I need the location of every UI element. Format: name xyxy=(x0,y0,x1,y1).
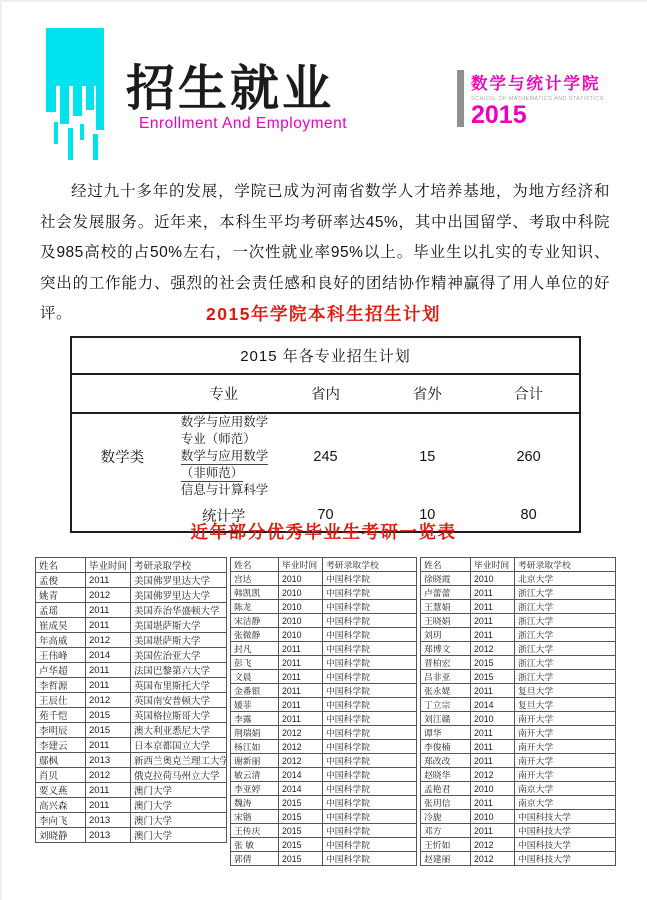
table-row: 王晓娟2011浙江大学 xyxy=(421,614,616,628)
table-cell: 中国科技大学 xyxy=(515,852,616,866)
table-row: 孟瑶2011美国乔治华盛顿大学 xyxy=(36,603,227,618)
table-cell: 韩凯凯 xyxy=(231,586,279,600)
table-cell: 2012 xyxy=(279,726,323,740)
group-label: 数学类 xyxy=(71,413,173,499)
table-cell: 孟瑶 xyxy=(36,603,86,618)
section2-title: 近年部分优秀毕业生考研一览表 xyxy=(0,519,647,544)
table-cell: 中国科学院 xyxy=(323,768,417,782)
table-row: 2015 年各专业招生计划 xyxy=(71,337,580,374)
table-cell: 2011 xyxy=(279,698,323,712)
column-header-total: 合计 xyxy=(478,374,580,413)
table-cell: 浙江大学 xyxy=(515,586,616,600)
table-cell: 2015 xyxy=(279,838,323,852)
table-row: 赵晓华2012南开大学 xyxy=(421,768,616,782)
table-cell: 2012 xyxy=(86,768,131,783)
table-cell: 中国科学院 xyxy=(323,642,417,656)
section1-title: 2015年学院本科生招生计划 xyxy=(0,301,647,326)
table-cell: 封凡 xyxy=(231,642,279,656)
table-cell: 浙江大学 xyxy=(515,642,616,656)
table-cell: 2014 xyxy=(86,648,131,663)
table-cell: 中国科学院 xyxy=(323,838,417,852)
table-cell: 李向飞 xyxy=(36,813,86,828)
table-row: 宋锴2015中国科学院 xyxy=(231,810,417,824)
table-cell: 中国科学院 xyxy=(323,684,417,698)
table-cell: 张 敏 xyxy=(231,838,279,852)
table-row: 孟俊2011美国佛罗里达大学 xyxy=(36,573,227,588)
major-item: 数学与应用数学专业（师范） xyxy=(181,414,275,448)
table-cell: 中国科学院 xyxy=(323,670,417,684)
table-row: 张 敏2015中国科学院 xyxy=(231,838,417,852)
table-cell: 姚青 xyxy=(36,588,86,603)
table-cell: 2011 xyxy=(471,796,515,810)
table-header-row: 姓名毕业时间考研录取学校 xyxy=(421,558,616,572)
table-cell: 复旦大学 xyxy=(515,698,616,712)
table-cell: 新西兰奥克兰理工大学 xyxy=(131,753,227,768)
table-row: 赵建丽2012中国科技大学 xyxy=(421,852,616,866)
table-cell: 2013 xyxy=(86,813,131,828)
table-cell: 杨江如 xyxy=(231,740,279,754)
table-cell: 中国科学院 xyxy=(323,628,417,642)
table-cell: 美国乔治华盛顿大学 xyxy=(131,603,227,618)
table-row: 荆瑞娟2012中国科学院 xyxy=(231,726,417,740)
table-cell: 2012 xyxy=(471,852,515,866)
table-cell: 2011 xyxy=(471,754,515,768)
table-cell: 2010 xyxy=(279,628,323,642)
table-cell: 南京大学 xyxy=(515,796,616,810)
table-cell: 英国格拉斯哥大学 xyxy=(131,708,227,723)
table-row: 丁立宗2014复旦大学 xyxy=(421,698,616,712)
table-cell: 澳门大学 xyxy=(131,828,227,843)
table-cell: 中国科学院 xyxy=(323,586,417,600)
table-row: 谭华2011南开大学 xyxy=(421,726,616,740)
table-cell: 李露 xyxy=(231,712,279,726)
table-cell: 英国南安普顿大学 xyxy=(131,693,227,708)
table-cell: 郭倩 xyxy=(231,852,279,866)
table-cell: 2012 xyxy=(471,642,515,656)
table-cell: 2011 xyxy=(86,678,131,693)
table-cell: 中国科学院 xyxy=(323,572,417,586)
table-cell: 李哲源 xyxy=(36,678,86,693)
table-row: 王忻如2012中国科技大学 xyxy=(421,838,616,852)
table-row: 郑改改2011南开大学 xyxy=(421,754,616,768)
table-cell: 中国科学院 xyxy=(323,782,417,796)
major-list: 数学与应用数学专业（师范） 数学与应用数学（非师范） 信息与计算科学 xyxy=(173,413,275,499)
table-cell: 赵建丽 xyxy=(421,852,471,866)
table-cell: 2011 xyxy=(471,628,515,642)
column-header-major: 专业 xyxy=(173,374,275,413)
table-cell: 中国科技大学 xyxy=(515,810,616,824)
table-row: 刘江赣2010南开大学 xyxy=(421,712,616,726)
table-cell: 宋锴 xyxy=(231,810,279,824)
table-cell: 宫达 xyxy=(231,572,279,586)
table-cell: 2014 xyxy=(279,782,323,796)
table-cell: 2011 xyxy=(471,684,515,698)
table-cell: 2015 xyxy=(471,656,515,670)
table-row: 肖贝2012俄克拉荷马州立大学 xyxy=(36,768,227,783)
table-cell: 文晨 xyxy=(231,670,279,684)
table-cell: 郑改改 xyxy=(421,754,471,768)
table-cell: 澳大利亚悉尼大学 xyxy=(131,723,227,738)
table-cell: 王辰仕 xyxy=(36,693,86,708)
table-cell: 要义燕 xyxy=(36,783,86,798)
table-cell: 南京大学 xyxy=(515,782,616,796)
table-row: 李明辰2015澳大利亚悉尼大学 xyxy=(36,723,227,738)
table-cell: 南开大学 xyxy=(515,754,616,768)
table-cell: 2011 xyxy=(86,798,131,813)
table-cell: 2011 xyxy=(86,663,131,678)
table-cell: 日本京都国立大学 xyxy=(131,738,227,753)
column-header-out-province: 省外 xyxy=(376,374,478,413)
page-title: 招生就业 xyxy=(126,50,334,120)
table-row: 专业 省内 省外 合计 xyxy=(71,374,580,413)
table-cell: 2011 xyxy=(279,712,323,726)
table-row: 晋柏宏2015浙江大学 xyxy=(421,656,616,670)
table-cell: 2012 xyxy=(471,838,515,852)
table-cell: 2010 xyxy=(471,712,515,726)
table-cell: 2011 xyxy=(471,726,515,740)
table-row: 郭倩2015中国科学院 xyxy=(231,852,417,866)
table-row: 李亚婷2014中国科学院 xyxy=(231,782,417,796)
table-row: 李建云2011日本京都国立大学 xyxy=(36,738,227,753)
table-cell: 陈龙 xyxy=(231,600,279,614)
table-row: 王辰仕2012英国南安普顿大学 xyxy=(36,693,227,708)
table-cell: 2015 xyxy=(279,824,323,838)
table-cell: 澳门大学 xyxy=(131,783,227,798)
table-cell: 2013 xyxy=(86,753,131,768)
table-cell: 2013 xyxy=(86,828,131,843)
table-cell: 李明辰 xyxy=(36,723,86,738)
table-cell: 北京大学 xyxy=(515,572,616,586)
table-row: 张微静2010中国科学院 xyxy=(231,628,417,642)
column-header: 毕业时间 xyxy=(86,558,131,573)
table-cell: 2015 xyxy=(279,852,323,866)
table-cell: 郑博文 xyxy=(421,642,471,656)
table-cell: 2011 xyxy=(86,618,131,633)
table-cell: 2015 xyxy=(86,708,131,723)
table-cell: 张玥信 xyxy=(421,796,471,810)
table-row: 李露2011中国科学院 xyxy=(231,712,417,726)
table-cell: 王慧娟 xyxy=(421,600,471,614)
table-cell: 刘玥 xyxy=(421,628,471,642)
table-cell: 高兴森 xyxy=(36,798,86,813)
table-cell: 中国科学院 xyxy=(323,796,417,810)
table-cell: 赵晓华 xyxy=(421,768,471,782)
table-cell: 魏涛 xyxy=(231,796,279,810)
table-row: 王伟峰2014美国佐治亚大学 xyxy=(36,648,227,663)
table-cell: 中国科学院 xyxy=(323,852,417,866)
table-cell: 晋柏宏 xyxy=(421,656,471,670)
table-row: 卢华超2011法国巴黎第六大学 xyxy=(36,663,227,678)
table-cell: 中国科技大学 xyxy=(515,838,616,852)
table-cell: 2010 xyxy=(471,782,515,796)
yearbook-page: 招生就业 Enrollment And Employment 数学与统计学院 S… xyxy=(0,0,647,900)
table-cell: 王晓娟 xyxy=(421,614,471,628)
table-cell: 中国科学院 xyxy=(323,740,417,754)
table-cell: 法国巴黎第六大学 xyxy=(131,663,227,678)
table-cell: 2011 xyxy=(279,656,323,670)
table-row: 郑博文2012浙江大学 xyxy=(421,642,616,656)
table-cell: 2010 xyxy=(279,586,323,600)
table-cell: 15 xyxy=(376,413,478,499)
table-cell: 南开大学 xyxy=(515,712,616,726)
table-cell: 2010 xyxy=(471,810,515,824)
table-cell: 卢华超 xyxy=(36,663,86,678)
table-cell: 崔成昊 xyxy=(36,618,86,633)
table-cell: 2012 xyxy=(86,633,131,648)
table-cell: 刘江赣 xyxy=(421,712,471,726)
table-cell: 彭飞 xyxy=(231,656,279,670)
table-cell: 美国佐治亚大学 xyxy=(131,648,227,663)
table-row: 王传庆2015中国科学院 xyxy=(231,824,417,838)
table-cell: 2011 xyxy=(86,783,131,798)
table-row: 媛菲2011中国科学院 xyxy=(231,698,417,712)
table-cell: 2011 xyxy=(471,586,515,600)
header-right-block: 数学与统计学院 SCHOOL OF MATHEMATICS AND STATIS… xyxy=(457,70,604,130)
table-cell: 2011 xyxy=(86,603,131,618)
table-row: 李向飞2013澳门大学 xyxy=(36,813,227,828)
table-cell: 2015 xyxy=(279,796,323,810)
table-cell: 中国科学院 xyxy=(323,810,417,824)
table-row: 张永媞2011复旦大学 xyxy=(421,684,616,698)
table-row: 徐晓霞2010北京大学 xyxy=(421,572,616,586)
table-row: 姚青2012美国佛罗里达大学 xyxy=(36,588,227,603)
table-cell: 中国科学院 xyxy=(323,754,417,768)
table-cell: 浙江大学 xyxy=(515,628,616,642)
table-row: 刘玥2011浙江大学 xyxy=(421,628,616,642)
table-row: 李俊楠2011南开大学 xyxy=(421,740,616,754)
major-item: 信息与计算科学 xyxy=(181,482,275,499)
table-cell: 王忻如 xyxy=(421,838,471,852)
column-header: 考研录取学校 xyxy=(515,558,616,572)
table-cell: 中国科技大学 xyxy=(515,824,616,838)
table-cell: 宋洁静 xyxy=(231,614,279,628)
table-row: 敏云清2014中国科学院 xyxy=(231,768,417,782)
column-header-in-province: 省内 xyxy=(275,374,377,413)
column-header: 姓名 xyxy=(421,558,471,572)
table-row: 要义燕2011澳门大学 xyxy=(36,783,227,798)
table-cell: 刘晓静 xyxy=(36,828,86,843)
table-cell: 2012 xyxy=(86,693,131,708)
table-row: 冷旎2010中国科技大学 xyxy=(421,810,616,824)
table-cell: 中国科学院 xyxy=(323,824,417,838)
table-row: 魏涛2015中国科学院 xyxy=(231,796,417,810)
table-row: 邓方2011中国科技大学 xyxy=(421,824,616,838)
table-cell: 2015 xyxy=(86,723,131,738)
header-divider-bar xyxy=(457,70,464,127)
table-cell: 李建云 xyxy=(36,738,86,753)
table-cell: 复旦大学 xyxy=(515,684,616,698)
table-cell: 2012 xyxy=(279,754,323,768)
table-cell: 2015 xyxy=(279,810,323,824)
table-cell: 荆瑞娟 xyxy=(231,726,279,740)
table-cell: 美国佛罗里达大学 xyxy=(131,573,227,588)
table-cell: 丁立宗 xyxy=(421,698,471,712)
table-row: 吕非亚2015浙江大学 xyxy=(421,670,616,684)
table-row: 封凡2011中国科学院 xyxy=(231,642,417,656)
table-row: 高兴森2011澳门大学 xyxy=(36,798,227,813)
table-cell: 俄克拉荷马州立大学 xyxy=(131,768,227,783)
table-cell: 245 xyxy=(275,413,377,499)
table-row: 鄢枫2013新西兰奥克兰理工大学 xyxy=(36,753,227,768)
table-row: 王慧娟2011浙江大学 xyxy=(421,600,616,614)
table-cell: 中国科学院 xyxy=(323,726,417,740)
table-cell: 2011 xyxy=(279,642,323,656)
table-cell: 浙江大学 xyxy=(515,600,616,614)
table-cell: 肖贝 xyxy=(36,768,86,783)
table-row: 崔成昊2011美国堪萨斯大学 xyxy=(36,618,227,633)
column-header: 考研录取学校 xyxy=(131,558,227,573)
table-caption: 2015 年各专业招生计划 xyxy=(71,337,580,374)
table-header-row: 姓名毕业时间考研录取学校 xyxy=(231,558,417,572)
table-cell: 南开大学 xyxy=(515,740,616,754)
table-cell: 2010 xyxy=(279,600,323,614)
table-cell: 2011 xyxy=(471,740,515,754)
table-cell: 年高威 xyxy=(36,633,86,648)
column-header: 毕业时间 xyxy=(471,558,515,572)
table-cell: 澳门大学 xyxy=(131,813,227,828)
table-cell: 美国堪萨斯大学 xyxy=(131,633,227,648)
table-cell: 2015 xyxy=(471,670,515,684)
graduate-table-left: 姓名毕业时间考研录取学校 孟俊2011美国佛罗里达大学姚青2012美国佛罗里达大… xyxy=(35,557,227,843)
page-subtitle: Enrollment And Employment xyxy=(139,115,347,133)
graduate-table-middle: 姓名毕业时间考研录取学校 宫达2010中国科学院韩凯凯2010中国科学院陈龙20… xyxy=(230,557,417,866)
table-cell: 媛菲 xyxy=(231,698,279,712)
table-cell: 2011 xyxy=(86,738,131,753)
table-header-row: 姓名毕业时间考研录取学校 xyxy=(36,558,227,573)
yearbook-year: 2015 xyxy=(471,102,604,130)
table-cell: 2010 xyxy=(471,572,515,586)
table-row: 宋洁静2010中国科学院 xyxy=(231,614,417,628)
table-row: 金番银2011中国科学院 xyxy=(231,684,417,698)
table-cell: 王伟峰 xyxy=(36,648,86,663)
table-cell: 谢新丽 xyxy=(231,754,279,768)
table-row: 苑千恺2015英国格拉斯哥大学 xyxy=(36,708,227,723)
table-cell: 卢蕾蕾 xyxy=(421,586,471,600)
table-cell: 鄢枫 xyxy=(36,753,86,768)
table-cell: 中国科学院 xyxy=(323,698,417,712)
table-cell: 美国堪萨斯大学 xyxy=(131,618,227,633)
table-cell: 苑千恺 xyxy=(36,708,86,723)
table-cell: 王传庆 xyxy=(231,824,279,838)
school-name: 数学与统计学院 xyxy=(471,70,604,94)
table-cell: 中国科学院 xyxy=(323,614,417,628)
table-cell: 260 xyxy=(478,413,580,499)
table-cell: 谭华 xyxy=(421,726,471,740)
table-cell: 2014 xyxy=(279,768,323,782)
table-cell: 2014 xyxy=(471,698,515,712)
table-row: 陈龙2010中国科学院 xyxy=(231,600,417,614)
table-cell: 2012 xyxy=(86,588,131,603)
table-cell: 吕非亚 xyxy=(421,670,471,684)
graduate-tables: 姓名毕业时间考研录取学校 孟俊2011美国佛罗里达大学姚青2012美国佛罗里达大… xyxy=(35,557,619,866)
table-cell: 2011 xyxy=(471,824,515,838)
table-row: 刘晓静2013澳门大学 xyxy=(36,828,227,843)
table-cell: 2010 xyxy=(279,614,323,628)
table-cell: 浙江大学 xyxy=(515,670,616,684)
table-cell: 敏云清 xyxy=(231,768,279,782)
table-row: 文晨2011中国科学院 xyxy=(231,670,417,684)
graduate-table-right: 姓名毕业时间考研录取学校 徐晓霞2010北京大学卢蕾蕾2011浙江大学王慧娟20… xyxy=(420,557,616,866)
table-cell: 冷旎 xyxy=(421,810,471,824)
table-cell: 徐晓霞 xyxy=(421,572,471,586)
table-row: 年高威2012美国堪萨斯大学 xyxy=(36,633,227,648)
table-row: 杨江如2012中国科学院 xyxy=(231,740,417,754)
table-cell: 英国布里斯托大学 xyxy=(131,678,227,693)
table-cell: 2011 xyxy=(279,684,323,698)
table-cell: 张永媞 xyxy=(421,684,471,698)
table-cell: 美国佛罗里达大学 xyxy=(131,588,227,603)
table-row: 数学类 数学与应用数学专业（师范） 数学与应用数学（非师范） 信息与计算科学 2… xyxy=(71,413,580,499)
table-row: 卢蕾蕾2011浙江大学 xyxy=(421,586,616,600)
table-cell: 张微静 xyxy=(231,628,279,642)
table-cell: 2011 xyxy=(86,573,131,588)
table-cell: 中国科学院 xyxy=(323,712,417,726)
table-cell: 2010 xyxy=(279,572,323,586)
table-row: 孟艳君2010南京大学 xyxy=(421,782,616,796)
table-row: 李哲源2011英国布里斯托大学 xyxy=(36,678,227,693)
table-row: 张玥信2011南京大学 xyxy=(421,796,616,810)
table-cell: 浙江大学 xyxy=(515,614,616,628)
table-row: 谢新丽2012中国科学院 xyxy=(231,754,417,768)
table-cell: 2012 xyxy=(279,740,323,754)
table-cell: 中国科学院 xyxy=(323,656,417,670)
table-row: 彭飞2011中国科学院 xyxy=(231,656,417,670)
table-cell: 李亚婷 xyxy=(231,782,279,796)
table-cell: 孟俊 xyxy=(36,573,86,588)
table-cell: 2011 xyxy=(471,600,515,614)
table-cell: 李俊楠 xyxy=(421,740,471,754)
table-cell xyxy=(71,374,173,413)
column-header: 姓名 xyxy=(36,558,86,573)
table-cell: 南开大学 xyxy=(515,726,616,740)
table-cell: 2012 xyxy=(471,768,515,782)
college-logo-icon xyxy=(46,28,108,160)
table-row: 韩凯凯2010中国科学院 xyxy=(231,586,417,600)
column-header: 毕业时间 xyxy=(279,558,323,572)
table-cell: 浙江大学 xyxy=(515,656,616,670)
admission-plan-table: 2015 年各专业招生计划 专业 省内 省外 合计 数学类 数学与应用数学专业（… xyxy=(70,336,581,533)
table-cell: 金番银 xyxy=(231,684,279,698)
table-cell: 2011 xyxy=(279,670,323,684)
table-cell: 2011 xyxy=(471,614,515,628)
table-cell: 澳门大学 xyxy=(131,798,227,813)
table-cell: 孟艳君 xyxy=(421,782,471,796)
column-header: 姓名 xyxy=(231,558,279,572)
table-cell: 中国科学院 xyxy=(323,600,417,614)
major-item: 数学与应用数学（非师范） xyxy=(181,448,275,482)
table-row: 宫达2010中国科学院 xyxy=(231,572,417,586)
column-header: 考研录取学校 xyxy=(323,558,417,572)
table-cell: 邓方 xyxy=(421,824,471,838)
table-cell: 南开大学 xyxy=(515,768,616,782)
